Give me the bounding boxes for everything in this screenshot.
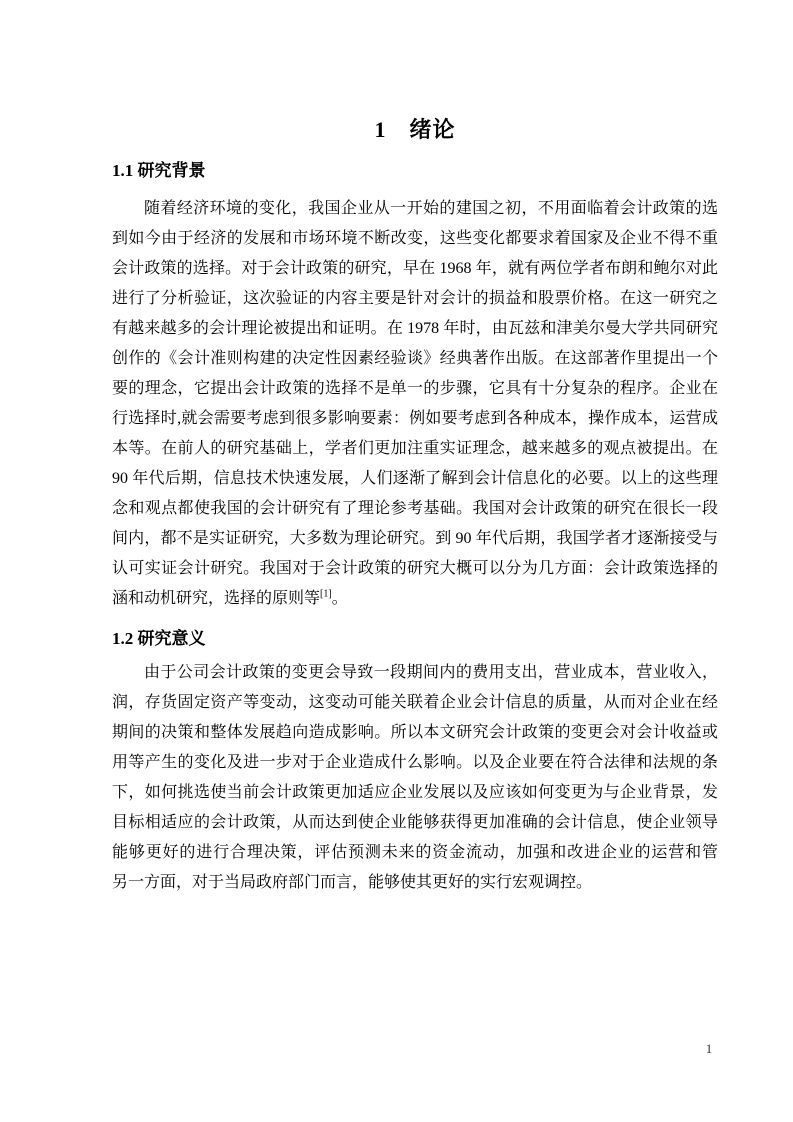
last-line-text: 另一方面，对于当局政府部门而言，能够使其更好的实行宏观调控。: [112, 874, 592, 891]
last-line-text: 涵和动机研究，选择的原则等: [112, 590, 320, 607]
text-line-with-footnote: 涵和动机研究，选择的原则等[1]。: [112, 584, 718, 614]
footnote-ref-marker: [1]: [320, 589, 332, 600]
text-line: 90 年代后期，信息技术快速发展，人们逐渐了解到会计信息化的必要。以上的这些理: [112, 464, 718, 494]
section-heading-1-2: 1.2 研究意义: [112, 624, 718, 654]
text-line: 由于公司会计政策的变更会导致一段期间内的费用支出，营业成本，营业收入，利: [112, 658, 718, 688]
chapter-title: 1 绪论: [112, 112, 718, 148]
text-line: 下，如何挑选使当前会计政策更加适应企业发展以及应该如何变更为与企业背景，发展: [112, 778, 718, 808]
text-line: 能够更好的进行合理决策，评估预测未来的资金流动，加强和改进企业的运营和管理。: [112, 838, 718, 868]
page-number: 1: [699, 1040, 719, 1058]
text-line: 用等产生的变化及进一步对于企业造成什么影响。以及企业要在符合法律和法规的条件: [112, 748, 718, 778]
text-line: 另一方面，对于当局政府部门而言，能够使其更好的实行宏观调控。: [112, 868, 718, 898]
last-line-tail: 。: [332, 590, 348, 607]
document-page: 1 绪论 1.1 研究背景 随着经济环境的变化，我国企业从一开始的建国之初，不用…: [0, 0, 793, 1122]
text-line: 本等。在前人的研究基础上，学者们更加注重实证理念，越来越多的观点被提出。在: [112, 434, 718, 464]
text-line: 间内，都不是实证研究，大多数为理论研究。到 90 年代后期，我国学者才逐渐接受与: [112, 524, 718, 554]
text-line: 目标相适应的会计政策，从而达到使企业能够获得更加准确的会计信息，使企业领导人: [112, 808, 718, 838]
text-line: 创作的《会计准则构建的决定性因素经验谈》经典著作出版。在这部著作里提出一个重: [112, 344, 718, 374]
section-heading-1-1: 1.1 研究背景: [112, 156, 718, 186]
text-line: 到如今由于经济的发展和市场环境不断改变，这些变化都要求着国家及企业不得不重视: [112, 224, 718, 254]
text-line: 认可实证会计研究。我国对于会计政策的研究大概可以分为几方面：会计政策选择的内: [112, 554, 718, 584]
text-line: 进行了分析验证，这次验证的内容主要是针对会计的损益和股票价格。在这一研究之后，: [112, 284, 718, 314]
text-line: 念和观点都使我国的会计研究有了理论参考基础。我国对会计政策的研究在很长一段时: [112, 494, 718, 524]
text-line: 润，存货固定资产等变动，这变动可能关联着企业会计信息的质量，从而对企业在经营: [112, 688, 718, 718]
paragraph-research-significance: 由于公司会计政策的变更会导致一段期间内的费用支出，营业成本，营业收入，利润，存货…: [112, 658, 718, 868]
text-line: 行选择时,就会需要考虑到很多影响要素：例如要考虑到各种成本，操作成本，运营成: [112, 404, 718, 434]
paragraph-research-background: 随着经济环境的变化，我国企业从一开始的建国之初，不用面临着会计政策的选择，到如今…: [112, 194, 718, 584]
page-content: 1 绪论 1.1 研究背景 随着经济环境的变化，我国企业从一开始的建国之初，不用…: [112, 112, 718, 898]
section-research-background: 1.1 研究背景 随着经济环境的变化，我国企业从一开始的建国之初，不用面临着会计…: [112, 156, 718, 614]
text-line: 要的理念，它提出会计政策的选择不是单一的步骤，它具有十分复杂的程序。企业在进: [112, 374, 718, 404]
text-line: 有越来越多的会计理论被提出和证明。在 1978 年时，由瓦兹和津美尔曼大学共同研…: [112, 314, 718, 344]
text-line: 期间的决策和整体发展趋向造成影响。所以本文研究会计政策的变更会对会计收益或费: [112, 718, 718, 748]
text-line: 随着经济环境的变化，我国企业从一开始的建国之初，不用面临着会计政策的选择，: [112, 194, 718, 224]
section-research-significance: 1.2 研究意义 由于公司会计政策的变更会导致一段期间内的费用支出，营业成本，营…: [112, 624, 718, 898]
text-line: 会计政策的选择。对于会计政策的研究，早在 1968 年，就有两位学者布朗和鲍尔对…: [112, 254, 718, 284]
